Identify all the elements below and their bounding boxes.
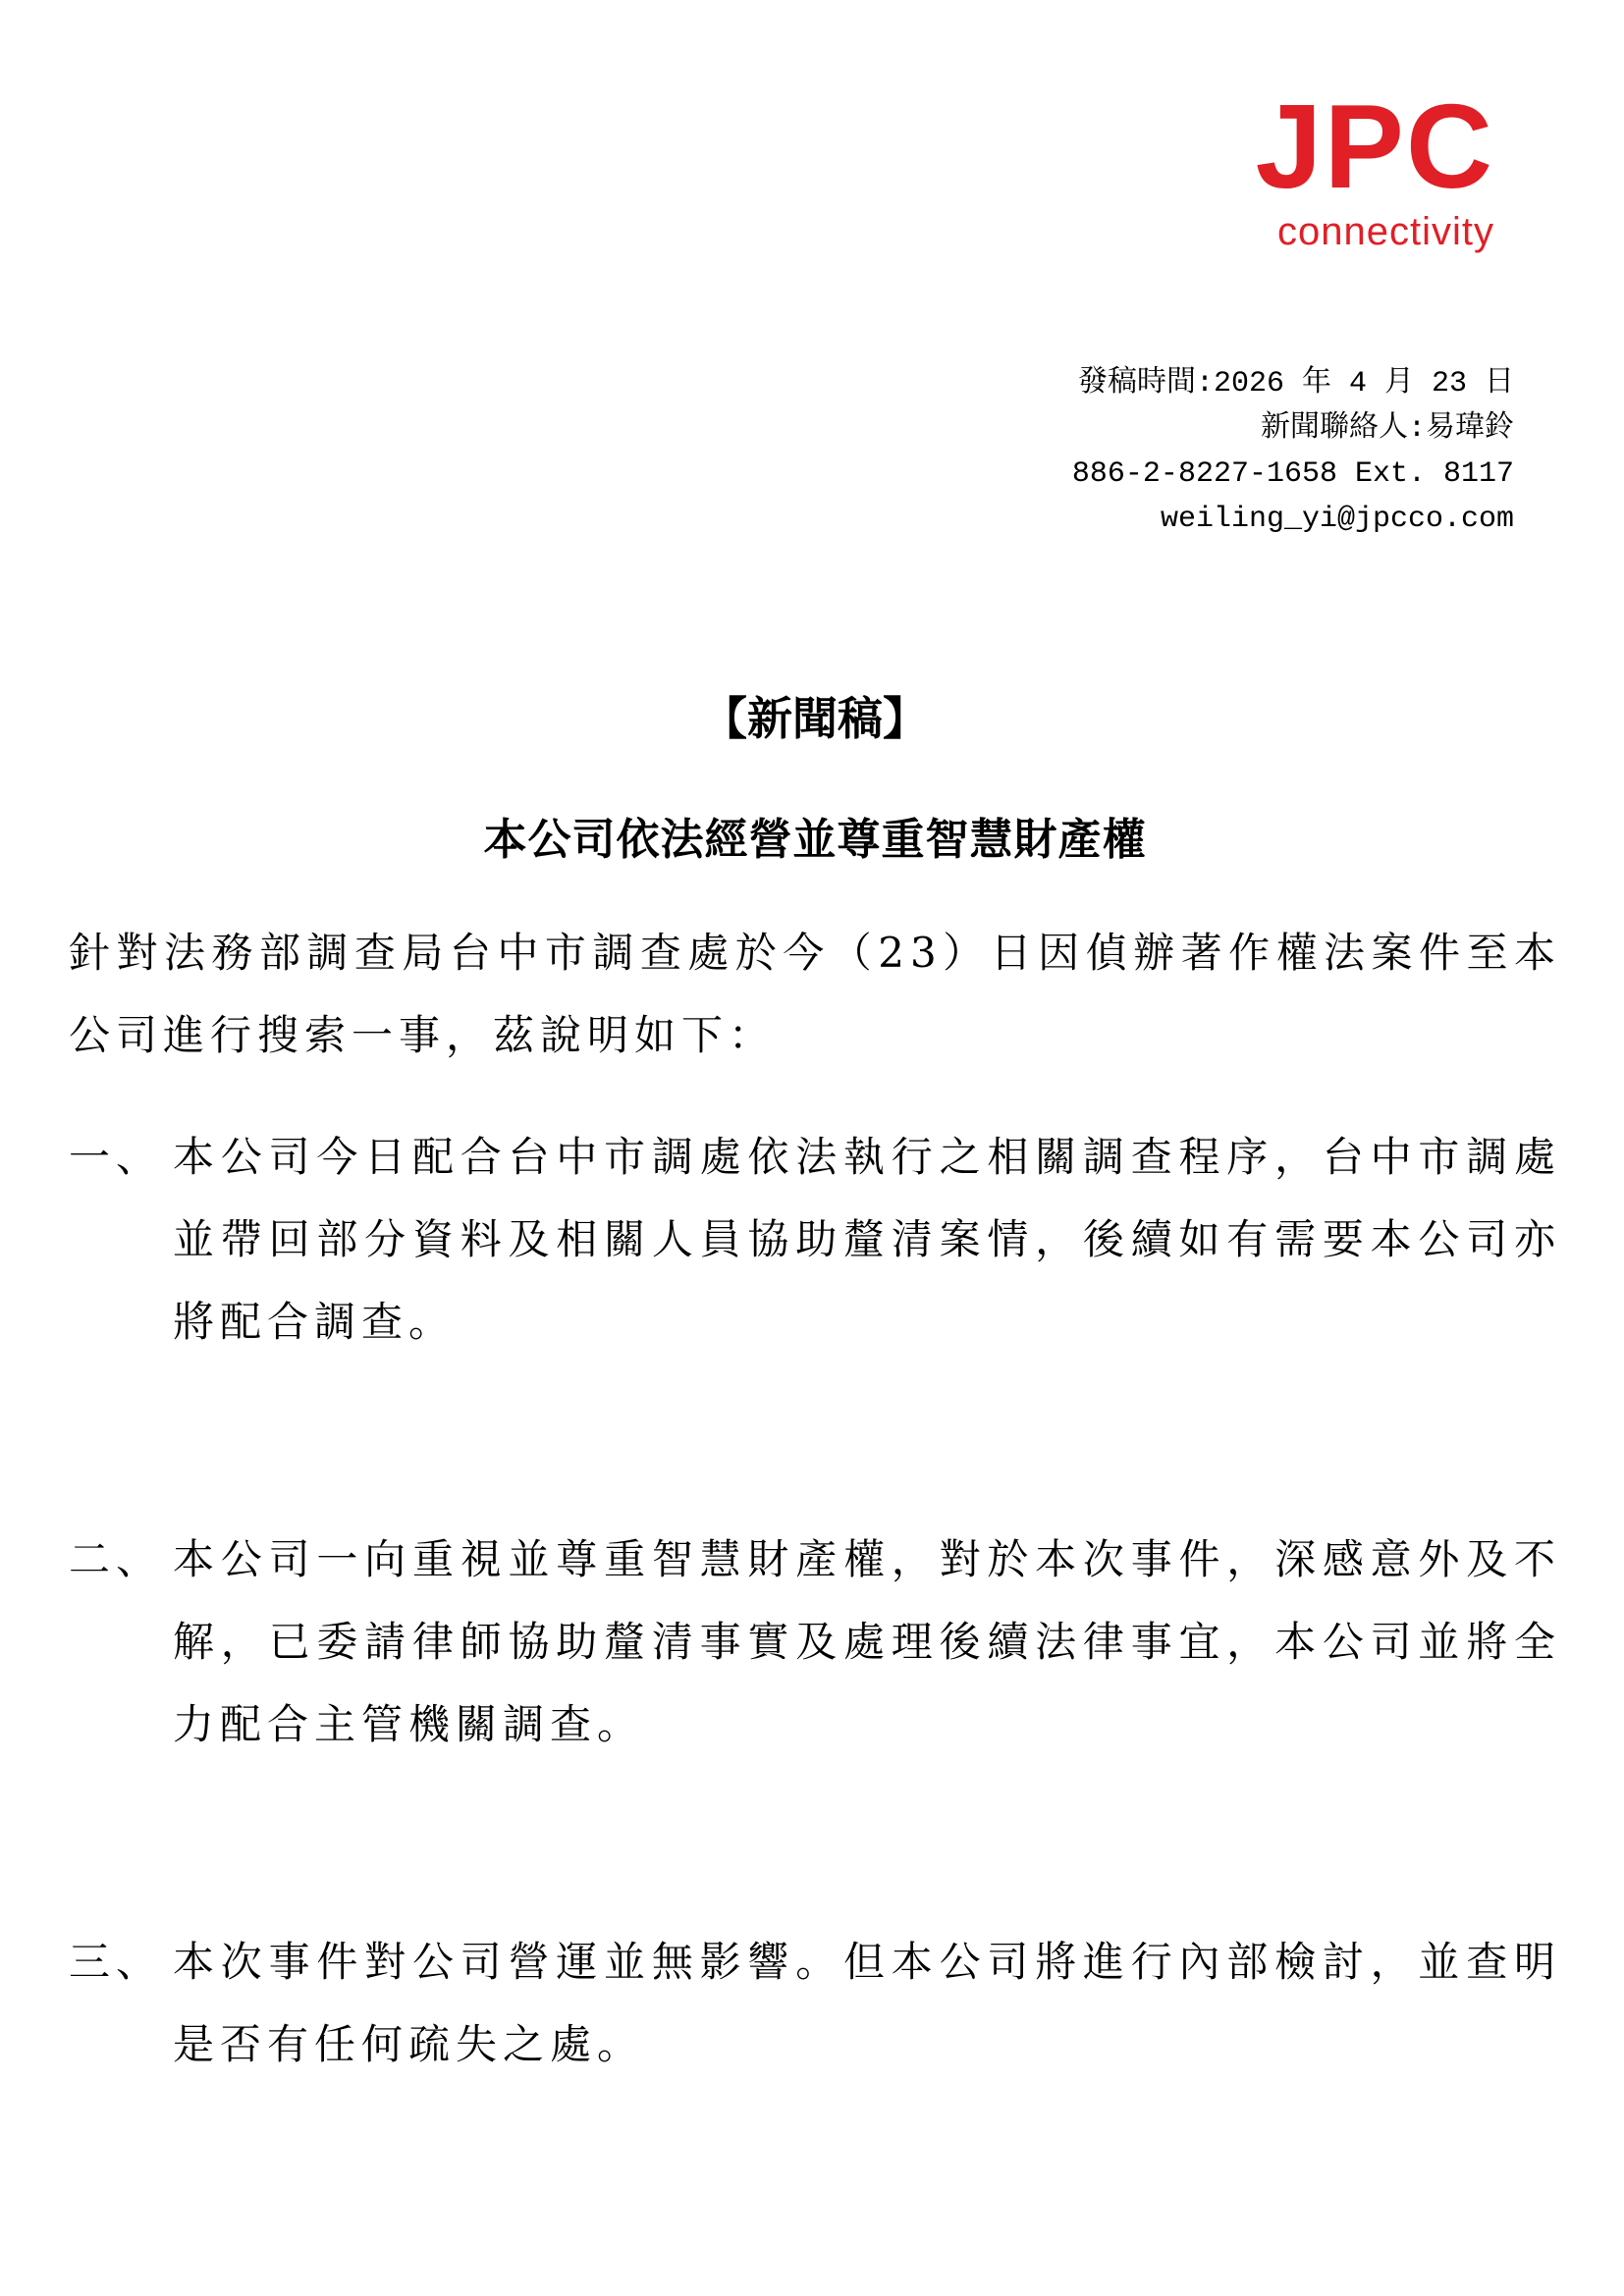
document-subtitle: 本公司依法經營並尊重智慧財產權 [69,815,1561,867]
contact-info: 發稿時間:2026 年 4 月 23 日 新聞聯絡人:易瑋鈴 886-2-822… [1072,361,1514,542]
list-item-1-text: 本公司今日配合台中市調處依法執行之相關調查程序，台中市調處並帶回部分資料及相關人… [173,1116,1561,1363]
list-item-2-number: 二、 [69,1519,163,1601]
document-body: 【新聞稿】 本公司依法經營並尊重智慧財產權 針對法務部調查局台中市調查處於今（2… [69,692,1561,2086]
list-item-3-number: 三、 [69,1921,163,2003]
company-logo: JPC connectivity [1256,86,1494,251]
list-item-3: 三、 本次事件對公司營運並無影響。但本公司將進行內部檢討，並查明是否有任何疏失之… [69,1921,1561,2086]
contact-phone: 886-2-8227-1658 Ext. 8117 [1072,452,1514,497]
logo-text: JPC [1256,86,1494,206]
intro-paragraph: 針對法務部調查局台中市調查處於今（23）日因偵辦著作權法案件至本公司進行搜索一事… [69,912,1561,1077]
contact-email: weiling_yi@jpcco.com [1072,497,1514,542]
list-item-2: 二、 本公司一向重視並尊重智慧財產權，對於本次事件，深感意外及不解，已委請律師協… [69,1519,1561,1766]
document-title: 【新聞稿】 [69,692,1561,746]
logo-subtext: connectivity [1256,212,1494,251]
press-release-page: JPC connectivity 發稿時間:2026 年 4 月 23 日 新聞… [0,0,1624,2296]
numbered-list: 一、 本公司今日配合台中市調處依法執行之相關調查程序，台中市調處並帶回部分資料及… [69,1116,1561,2086]
press-contact-person: 新聞聯絡人:易瑋鈴 [1072,406,1514,452]
list-item-3-text: 本次事件對公司營運並無影響。但本公司將進行內部檢討，並查明是否有任何疏失之處。 [173,1921,1561,2086]
list-item-1: 一、 本公司今日配合台中市調處依法執行之相關調查程序，台中市調處並帶回部分資料及… [69,1116,1561,1363]
list-item-2-text: 本公司一向重視並尊重智慧財產權，對於本次事件，深感意外及不解，已委請律師協助釐清… [173,1519,1561,1766]
list-item-1-number: 一、 [69,1116,163,1199]
release-date: 發稿時間:2026 年 4 月 23 日 [1072,361,1514,406]
